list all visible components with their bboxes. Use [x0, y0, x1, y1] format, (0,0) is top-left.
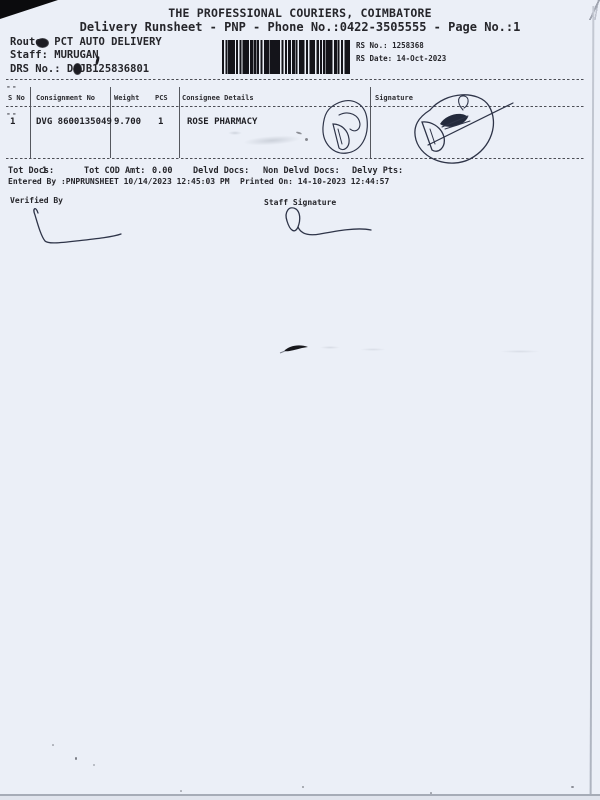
rs-no-value: 1258368	[392, 41, 424, 50]
verified-by-signature-icon	[28, 203, 128, 248]
route-value: PCT AUTO DELIVERY	[54, 36, 161, 48]
entered-by-line: Entered By :PNPRUNSHEET 10/14/2023 12:45…	[8, 177, 230, 186]
printed-on-line: Printed On: 14-10-2023 12:44:57	[240, 177, 389, 186]
cell-consignment-no: DVG 8600135049	[36, 117, 112, 127]
rs-date-line: RS Date: 14-Oct-2023	[356, 54, 446, 63]
rs-no-line: RS No.: 1258368	[356, 41, 424, 50]
scan-speckle	[180, 790, 182, 792]
delivery-signature-scribble-left-icon	[315, 96, 375, 158]
tot-cod-value: 0.00	[152, 166, 172, 176]
rs-date-value: 14-Oct-2023	[397, 54, 447, 63]
col-header-weight: Weight	[114, 94, 139, 102]
non-delvd-docs-label: Non Delvd Docs:	[263, 166, 340, 176]
staff-label: Staff:	[10, 49, 48, 61]
divider-top	[6, 79, 584, 81]
staff-signature-icon	[278, 203, 378, 243]
faint-smudge	[360, 348, 386, 351]
faint-smudge	[320, 346, 340, 349]
scan-speckle	[302, 786, 304, 788]
col-header-pcs: PCS	[155, 94, 168, 102]
rs-barcode-icon	[222, 40, 350, 74]
scan-speckle	[75, 757, 77, 760]
pencil-smudge	[228, 131, 242, 135]
tot-docs-value: 1	[42, 166, 47, 176]
pen-dot-mark	[305, 138, 308, 141]
route-line: Route: PCT AUTO DELIVERY	[10, 36, 162, 48]
stray-pen-mark-icon	[278, 340, 318, 356]
paper-right-edge	[590, 6, 594, 794]
column-divider	[30, 87, 31, 158]
drs-label: DRS No.:	[10, 63, 61, 75]
document-subtitle: Delivery Runsheet - PNP - Phone No.:0422…	[0, 20, 600, 34]
rs-no-label: RS No.:	[356, 41, 388, 50]
pencil-smudge	[243, 134, 301, 147]
scanned-delivery-runsheet: { "document": { "title": "THE PROFESSION…	[0, 0, 600, 800]
rs-date-label: RS Date:	[356, 54, 392, 63]
staff-value: MURUGAN	[54, 49, 98, 61]
scan-speckle	[52, 744, 54, 746]
scan-speckle	[430, 792, 432, 794]
ink-blob	[440, 114, 468, 127]
ink-smudge-route	[36, 38, 49, 48]
document-title: THE PROFESSIONAL COURIERS, COIMBATORE	[0, 6, 600, 20]
staff-line: Staff: MURUGAN	[10, 49, 99, 61]
col-header-consignment: Consignment No	[36, 94, 95, 102]
continuation-dashes: --	[6, 82, 18, 91]
scan-speckle	[93, 764, 95, 766]
delivery-signature-scribble-right-icon	[400, 88, 520, 168]
col-header-consignee: Consignee Details	[182, 94, 254, 102]
col-header-sno: S No	[8, 94, 25, 102]
cell-weight: 9.700	[114, 117, 141, 127]
column-divider	[179, 87, 180, 158]
scanner-background-strip	[0, 796, 600, 800]
ink-smudge-drs	[73, 63, 82, 75]
delvd-docs-label: Delvd Docs:	[193, 166, 249, 176]
tot-docs-label: Tot Docs:	[8, 166, 54, 176]
cell-sno: 1	[10, 117, 15, 127]
scan-speckle	[571, 786, 574, 788]
cell-consignee: ROSE PHARMACY	[187, 117, 257, 127]
tot-cod-label: Tot COD Amt:	[84, 166, 145, 176]
cell-pcs: 1	[158, 117, 163, 127]
faint-smudge	[500, 350, 540, 353]
delvy-pts-label: Delvy Pts:	[352, 166, 403, 176]
